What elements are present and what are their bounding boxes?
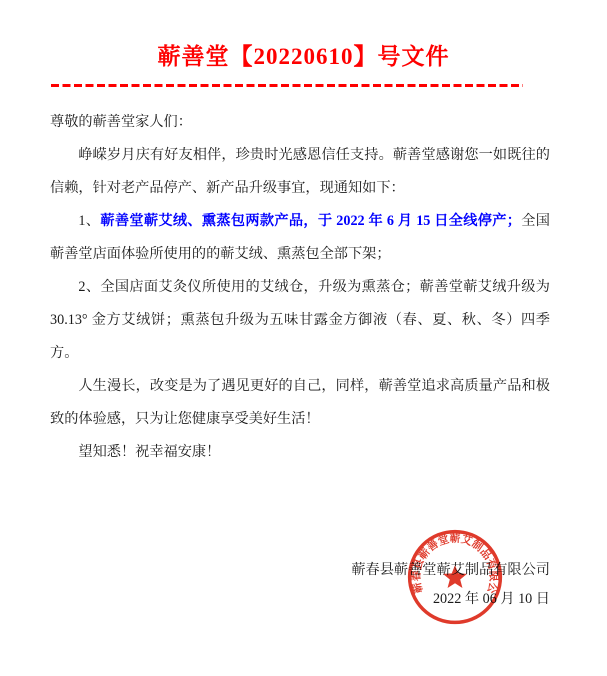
document-body: 尊敬的蕲善堂家人们： 峥嵘岁月庆有好友相伴，珍贵时光感恩信任支持。蕲善堂感谢您一… [50,106,550,469]
paragraph-closing2: 望知悉！祝幸福安康！ [50,436,550,469]
signature-date: 2022 年 06 月 10 日 [50,585,550,614]
paragraph-item1: 1、蕲善堂蕲艾绒、熏蒸包两款产品，于 2022 年 6 月 15 日全线停产；全… [50,205,550,271]
salutation: 尊敬的蕲善堂家人们： [50,106,550,139]
signature-company: 蕲春县蕲善堂蕲艾制品有限公司 [50,556,550,585]
red-dashed-separator [51,84,523,87]
document-page: 蕲善堂【20220610】号文件 尊敬的蕲善堂家人们： 峥嵘岁月庆有好友相伴，珍… [0,0,607,676]
paragraph-intro: 峥嵘岁月庆有好友相伴，珍贵时光感恩信任支持。蕲善堂感谢您一如既往的信赖，针对老产… [50,139,550,205]
paragraph-closing1: 人生漫长，改变是为了遇见更好的自己，同样，蕲善堂追求高质量产品和极致的体验感，只… [50,370,550,436]
item1-prefix: 1、 [78,213,100,229]
paragraph-item2: 2、全国店面艾灸仪所使用的艾绒仓，升级为熏蒸仓；蕲善堂蕲艾绒升级为 30.13°… [50,271,550,370]
signature-block: 蕲春县蕲善堂蕲艾制品有限公司 2022 年 06 月 10 日 [50,556,550,614]
document-title: 蕲善堂【20220610】号文件 [0,38,607,71]
item1-highlight: 蕲善堂蕲艾绒、熏蒸包两款产品，于 2022 年 6 月 15 日全线停产； [100,213,521,229]
